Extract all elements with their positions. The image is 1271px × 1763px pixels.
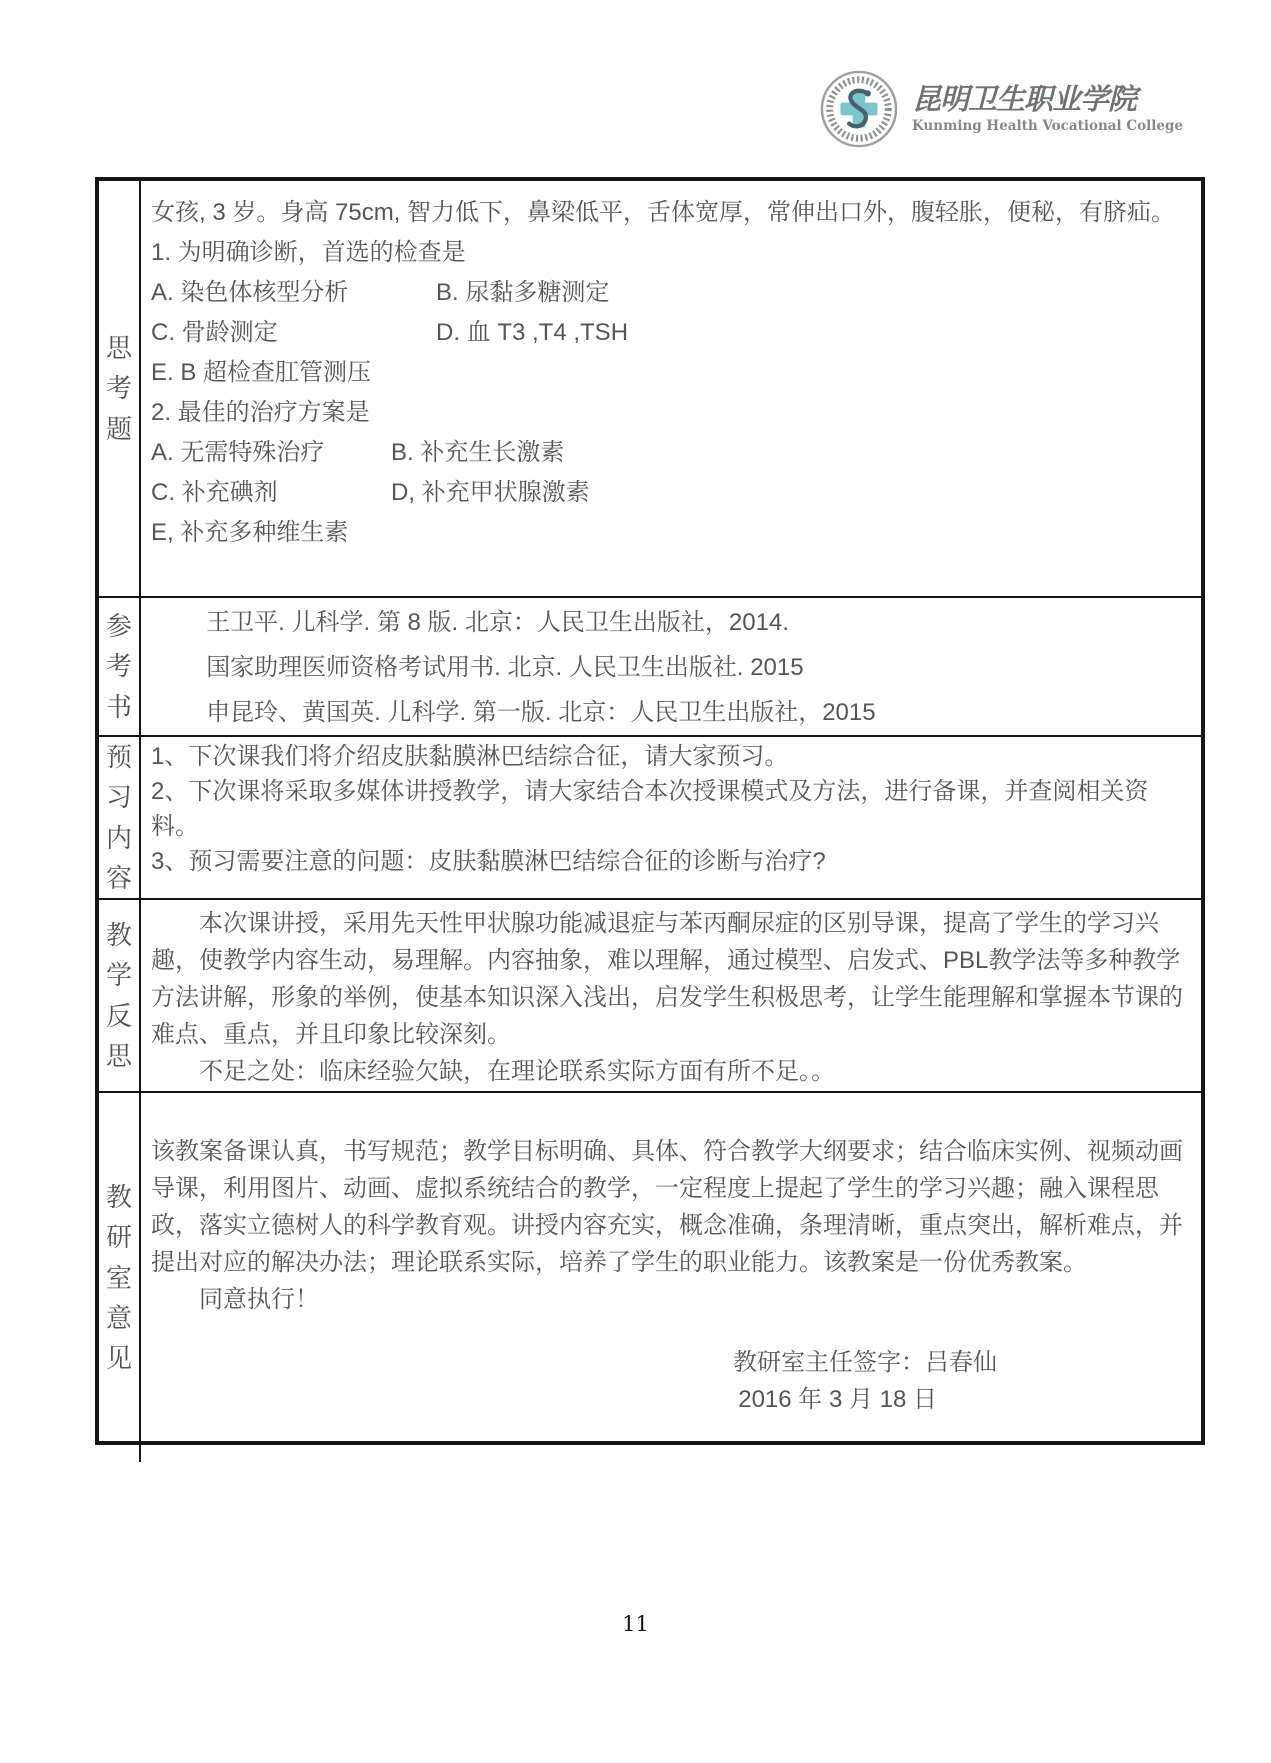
director-signature: 教研室主任签字：吕春仙 [151,1344,1187,1381]
row-label-text: 预习内容 [105,737,132,898]
lesson-plan-table: 思考题 女孩, 3 岁。身高 75cm, 智力低下，鼻梁低平，舌体宽厚，常伸出口… [95,177,1205,1445]
college-brand: 昆明卫生职业学院 Kunming Health Vocational Colle… [912,84,1183,135]
option-c: C. 补充碘剂 [151,473,391,513]
row-label-text: 思考题 [105,328,132,449]
row-content-reference-books: 王卫平. 儿科学. 第 8 版. 北京：人民卫生出版社，2014. 国家助理医师… [141,598,1201,735]
question-2: 2. 最佳的治疗方案是 [151,393,1187,433]
college-name-en: Kunming Health Vocational College [912,118,1183,134]
row-label-preview-content: 预习内容 [99,737,141,898]
question-1-options-ab: A. 染色体核型分析 B. 尿黏多糖测定 [151,273,1187,313]
row-label-text: 教研室意见 [105,1177,132,1378]
table-row-preview-content: 预习内容 1、下次课我们将介绍皮肤黏膜淋巴结综合征，请大家预习。 2、下次课将采… [99,735,1201,898]
option-a: A. 染色体核型分析 [151,273,436,313]
college-header: 昆明卫生职业学院 Kunming Health Vocational Colle… [820,70,1183,148]
row-label-teaching-reflection: 教学反思 [99,900,141,1091]
option-d: D, 补充甲状腺激素 [391,473,590,513]
table-row-thinking-questions: 思考题 女孩, 3 岁。身高 75cm, 智力低下，鼻梁低平，舌体宽厚，常伸出口… [99,181,1201,596]
question-2-options-ab: A. 无需特殊治疗 B. 补充生长激素 [151,433,1187,473]
table-row-office-opinion: 教研室意见 该教案备课认真，书写规范；教学目标明确、具体、符合教学大纲要求；结合… [99,1091,1201,1462]
reference-book-1: 王卫平. 儿科学. 第 8 版. 北京：人民卫生出版社，2014. [151,600,1187,645]
preview-item-1: 1、下次课我们将介绍皮肤黏膜淋巴结综合征，请大家预习。 [151,739,1187,774]
reflection-paragraph-1: 本次课讲授，采用先天性甲状腺功能减退症与苯丙酮尿症的区别导课，提高了学生的学习兴… [151,905,1187,1053]
page-number: 11 [0,1612,1271,1636]
row-content-preview-content: 1、下次课我们将介绍皮肤黏膜淋巴结综合征，请大家预习。 2、下次课将采取多媒体讲… [141,737,1201,898]
college-name-cn: 昆明卫生职业学院 [912,84,1183,116]
row-label-reference-books: 参考书 [99,598,141,735]
row-content-office-opinion: 该教案备课认真，书写规范；教学目标明确、具体、符合教学大纲要求；结合临床实例、视… [141,1093,1201,1462]
option-d: D. 血 T3 ,T4 ,TSH [436,313,628,353]
row-content-teaching-reflection: 本次课讲授，采用先天性甲状腺功能减退症与苯丙酮尿症的区别导课，提高了学生的学习兴… [141,900,1201,1091]
approval-statement: 同意执行！ [151,1281,1187,1318]
reflection-paragraph-2: 不足之处：临床经验欠缺，在理论联系实际方面有所不足。。 [151,1053,1187,1090]
option-a: A. 无需特殊治疗 [151,433,391,473]
college-seal-icon [820,70,898,148]
signature-date: 2016 年 3 月 18 日 [151,1381,1187,1418]
option-b: B. 补充生长激素 [391,433,564,473]
reference-book-2: 国家助理医师资格考试用书. 北京. 人民卫生出版社. 2015 [151,645,1187,690]
question-1-option-e: E. B 超检查肛管测压 [151,353,1187,393]
row-label-thinking-questions: 思考题 [99,181,141,596]
question-1-options-cd: C. 骨龄测定 D. 血 T3 ,T4 ,TSH [151,313,1187,353]
option-c: C. 骨龄测定 [151,313,436,353]
row-label-text: 参考书 [105,606,132,727]
question-2-options-cd: C. 补充碘剂 D, 补充甲状腺激素 [151,473,1187,513]
case-description: 女孩, 3 岁。身高 75cm, 智力低下，鼻梁低平，舌体宽厚，常伸出口外，腹轻… [151,193,1187,233]
preview-item-2: 2、下次课将采取多媒体讲授教学，请大家结合本次授课模式及方法，进行备课，并查阅相… [151,774,1187,844]
opinion-paragraph: 该教案备课认真，书写规范；教学目标明确、具体、符合教学大纲要求；结合临床实例、视… [151,1133,1187,1281]
row-label-text: 教学反思 [105,915,132,1076]
row-content-thinking-questions: 女孩, 3 岁。身高 75cm, 智力低下，鼻梁低平，舌体宽厚，常伸出口外，腹轻… [141,181,1201,596]
reference-book-3: 申昆玲、黄国英. 儿科学. 第一版. 北京：人民卫生出版社，2015 [151,690,1187,735]
option-b: B. 尿黏多糖测定 [436,273,609,313]
table-row-teaching-reflection: 教学反思 本次课讲授，采用先天性甲状腺功能减退症与苯丙酮尿症的区别导课，提高了学… [99,898,1201,1091]
table-row-reference-books: 参考书 王卫平. 儿科学. 第 8 版. 北京：人民卫生出版社，2014. 国家… [99,596,1201,735]
row-label-office-opinion: 教研室意见 [99,1093,141,1462]
question-2-option-e: E, 补充多种维生素 [151,513,1187,553]
question-1: 1. 为明确诊断，首选的检查是 [151,233,1187,273]
preview-item-3: 3、预习需要注意的问题：皮肤黏膜淋巴结综合征的诊断与治疗? [151,844,1187,879]
